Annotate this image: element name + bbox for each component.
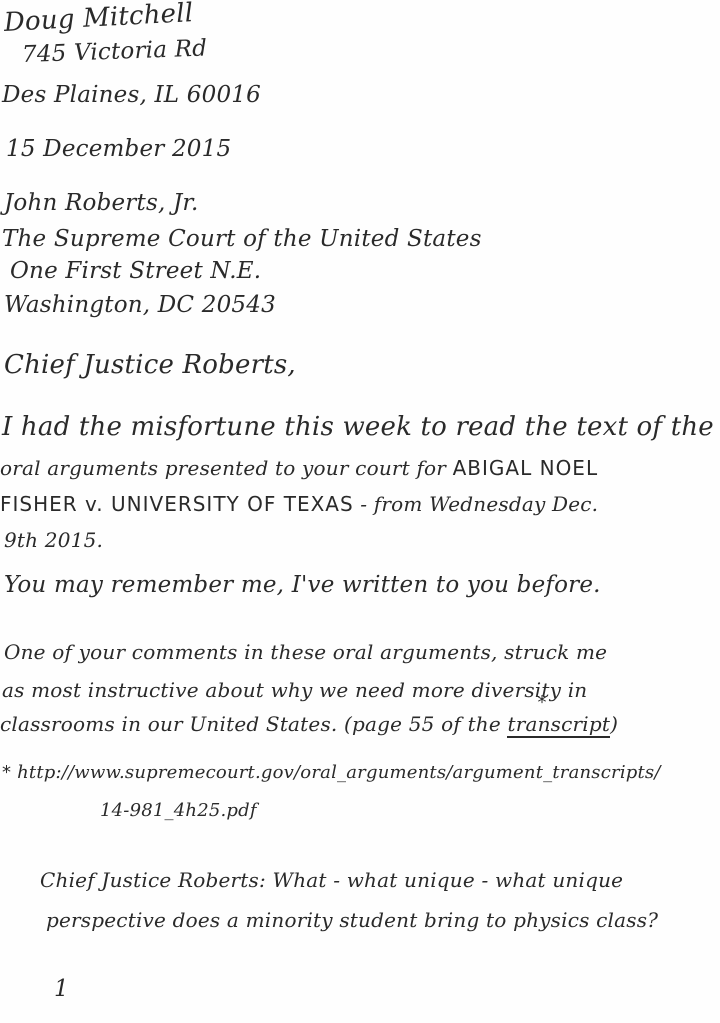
recipient-organization: The Supreme Court of the United States (2, 226, 482, 252)
page-number: 1 (54, 976, 69, 1002)
handwritten-letter-page: Doug Mitchell 745 Victoria Rd Des Plaine… (0, 0, 720, 1023)
paragraph-1-line-1: I had the misfortune this week to read t… (2, 412, 714, 442)
paragraph-3-line-3-text: classrooms in our United States. (page 5… (0, 712, 507, 736)
paragraph-3-line-2: as most instructive about why we need mo… (2, 678, 587, 702)
sender-city: Des Plaines, IL 60016 (2, 82, 261, 108)
recipient-name: John Roberts, Jr. (4, 190, 199, 216)
transcript-word: transcript (507, 712, 610, 738)
recipient-street: One First Street N.E. (10, 258, 261, 284)
paragraph-1-line-2-text: oral arguments presented to your court f… (0, 456, 453, 480)
case-name-part-2: FISHER v. UNIVERSITY OF TEXAS (0, 492, 354, 516)
paragraph-3-line-3: classrooms in our United States. (page 5… (0, 712, 618, 736)
salutation: Chief Justice Roberts, (4, 350, 296, 380)
quote-line-1: Chief Justice Roberts: What - what uniqu… (40, 868, 623, 892)
paragraph-2: You may remember me, I've written to you… (4, 572, 601, 598)
closing-paren: ) (610, 712, 618, 736)
recipient-city: Washington, DC 20543 (4, 292, 276, 318)
letter-date: 15 December 2015 (6, 136, 231, 162)
paragraph-1-line-3-text: - from Wednesday Dec. (354, 492, 599, 516)
footnote-mark: * (2, 762, 11, 783)
paragraph-3-line-1: One of your comments in these oral argum… (4, 640, 607, 664)
footnote-reference-mark: * (537, 692, 546, 713)
footnote-url-part-2: 14-981_4h25.pdf (100, 800, 257, 821)
quote-line-2: perspective does a minority student brin… (46, 908, 658, 932)
paragraph-1-line-3: FISHER v. UNIVERSITY OF TEXAS - from Wed… (0, 492, 598, 516)
sender-name: Doug Mitchell (3, 0, 194, 38)
case-name-part-1: ABIGAL NOEL (453, 456, 598, 480)
footnote-line-1: * http://www.supremecourt.gov/oral_argum… (2, 762, 661, 783)
paragraph-1-line-2: oral arguments presented to your court f… (0, 456, 598, 480)
paragraph-1-line-4: 9th 2015. (4, 528, 103, 552)
footnote-url-part-1: http://www.supremecourt.gov/oral_argumen… (17, 762, 661, 783)
sender-street: 745 Victoria Rd (22, 36, 208, 68)
